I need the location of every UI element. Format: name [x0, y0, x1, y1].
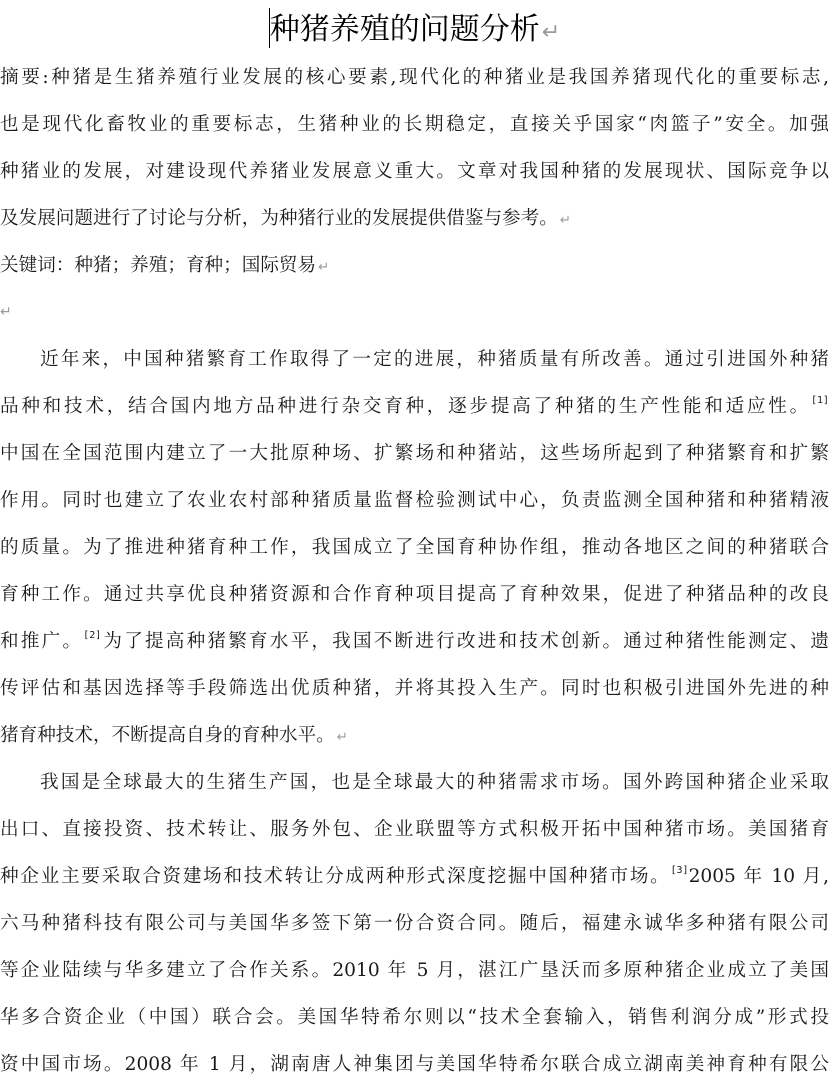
body-line[interactable]: 的质量。为了推进种猪育种工作，我国成立了全国育种协作组，推动各地区之间的种猪联合 [0, 533, 829, 563]
citation-ref-1[interactable]: [1] [811, 395, 829, 406]
body-text: 和推广。 [0, 631, 83, 652]
body-text: 种企业主要采取合资建场和技术转让分成两种形式深度挖掘中国种猪市场。 [0, 866, 671, 887]
keywords-line[interactable]: 关键词：种猪；养殖；育种；国际贸易↵ [0, 251, 829, 281]
body-line[interactable]: 华多合资企业（中国）联合会。美国华特希尔则以“技术全套输入，销售利润分成”形式投 [0, 1003, 829, 1033]
body-line[interactable]: 作用。同时也建立了农业农村部种猪质量监督检验测试中心，负责监测全国种猪和种猪精液 [0, 486, 829, 516]
body-line[interactable]: 中国在全国范围内建立了一大批原种场、扩繁场和种猪站，这些场所起到了种猪繁育和扩繁 [0, 439, 829, 469]
title-text: 种猪养殖的问题分析 [270, 12, 540, 47]
citation-ref-2[interactable]: [2] [83, 630, 101, 641]
abstract-line[interactable]: 也是现代化畜牧业的重要标志，生猪种业的长期稳定，直接关乎国家“肉篮子”安全。加强 [0, 110, 829, 140]
abstract-line[interactable]: 种猪业的发展，对建设现代养猪业发展意义重大。文章对我国种猪的发展现状、国际竞争以 [0, 157, 829, 187]
paragraph-mark-icon: ↵ [542, 20, 560, 45]
body-line[interactable]: 我国是全球最大的生猪生产国，也是全球最大的种猪需求市场。国外跨国种猪企业采取 [0, 768, 829, 798]
empty-paragraph-mark-icon[interactable]: ↵ [0, 304, 12, 320]
body-line[interactable]: 传评估和基因选择等手段筛选出优质种猪，并将其投入生产。同时也积极引进国外先进的种 [0, 674, 829, 704]
body-line[interactable]: 六马种猪科技有限公司与美国华多签下第一份合资合同。随后，福建永诚华多种猪有限公司 [0, 909, 829, 939]
paragraph-mark-icon: ↵ [337, 730, 348, 745]
body-text: 2005 年 10 月, [689, 866, 829, 887]
citation-ref-3[interactable]: [3] [671, 865, 689, 876]
body-text: 猪育种技术，不断提高自身的育种水平。 [0, 725, 335, 746]
body-line[interactable]: 资中国市场。2008 年 1 月，湖南唐人神集团与美国华特希尔联合成立湖南美神育… [0, 1050, 829, 1080]
paragraph-mark-icon: ↵ [318, 260, 329, 275]
body-line[interactable]: 出口、直接投资、技术转让、服务外包、企业联盟等方式积极开拓中国种猪市场。美国猪育 [0, 815, 829, 845]
body-text: 为了提高种猪繁育水平，我国不断进行改进和技术创新。通过种猪性能测定、遗 [101, 631, 829, 652]
keywords-text: 关键词：种猪；养殖；育种；国际贸易 [0, 255, 316, 276]
body-line[interactable]: 品种和技术，结合国内地方品种进行杂交育种，逐步提高了种猪的生产性能和适应性。[1… [0, 392, 829, 422]
body-line[interactable]: 育种工作。通过共享优良种猪资源和合作育种项目提高了育种效果，促进了种猪品种的改良 [0, 580, 829, 610]
body-line-last[interactable]: 猪育种技术，不断提高自身的育种水平。↵ [0, 721, 829, 751]
abstract-text: 及发展问题进行了讨论与分析，为种猪行业的发展提供借鉴与参考。 [0, 208, 558, 229]
body-text: 品种和技术，结合国内地方品种进行杂交育种，逐步提高了种猪的生产性能和适应性。 [0, 396, 811, 417]
body-line[interactable]: 等企业陆续与华多建立了合作关系。2010 年 5 月，湛江广垦沃而多原种猪企业成… [0, 956, 829, 986]
body-line[interactable]: 近年来，中国种猪繁育工作取得了一定的进展，种猪质量有所改善。通过引进国外种猪 [0, 345, 829, 375]
document-page: 种猪养殖的问题分析↵ 摘要:种猪是生猪养殖行业发展的核心要素,现代化的种猪业是我… [0, 0, 829, 1089]
body-line[interactable]: 和推广。[2]为了提高种猪繁育水平，我国不断进行改进和技术创新。通过种猪性能测定… [0, 627, 829, 657]
abstract-line[interactable]: 摘要:种猪是生猪养殖行业发展的核心要素,现代化的种猪业是我国养猪现代化的重要标志… [0, 63, 829, 93]
abstract-line-last[interactable]: 及发展问题进行了讨论与分析，为种猪行业的发展提供借鉴与参考。↵ [0, 204, 829, 234]
paragraph-mark-icon: ↵ [560, 213, 571, 228]
body-line[interactable]: 种企业主要采取合资建场和技术转让分成两种形式深度挖掘中国种猪市场。[3]2005… [0, 862, 829, 892]
document-title[interactable]: 种猪养殖的问题分析↵ [0, 8, 829, 53]
